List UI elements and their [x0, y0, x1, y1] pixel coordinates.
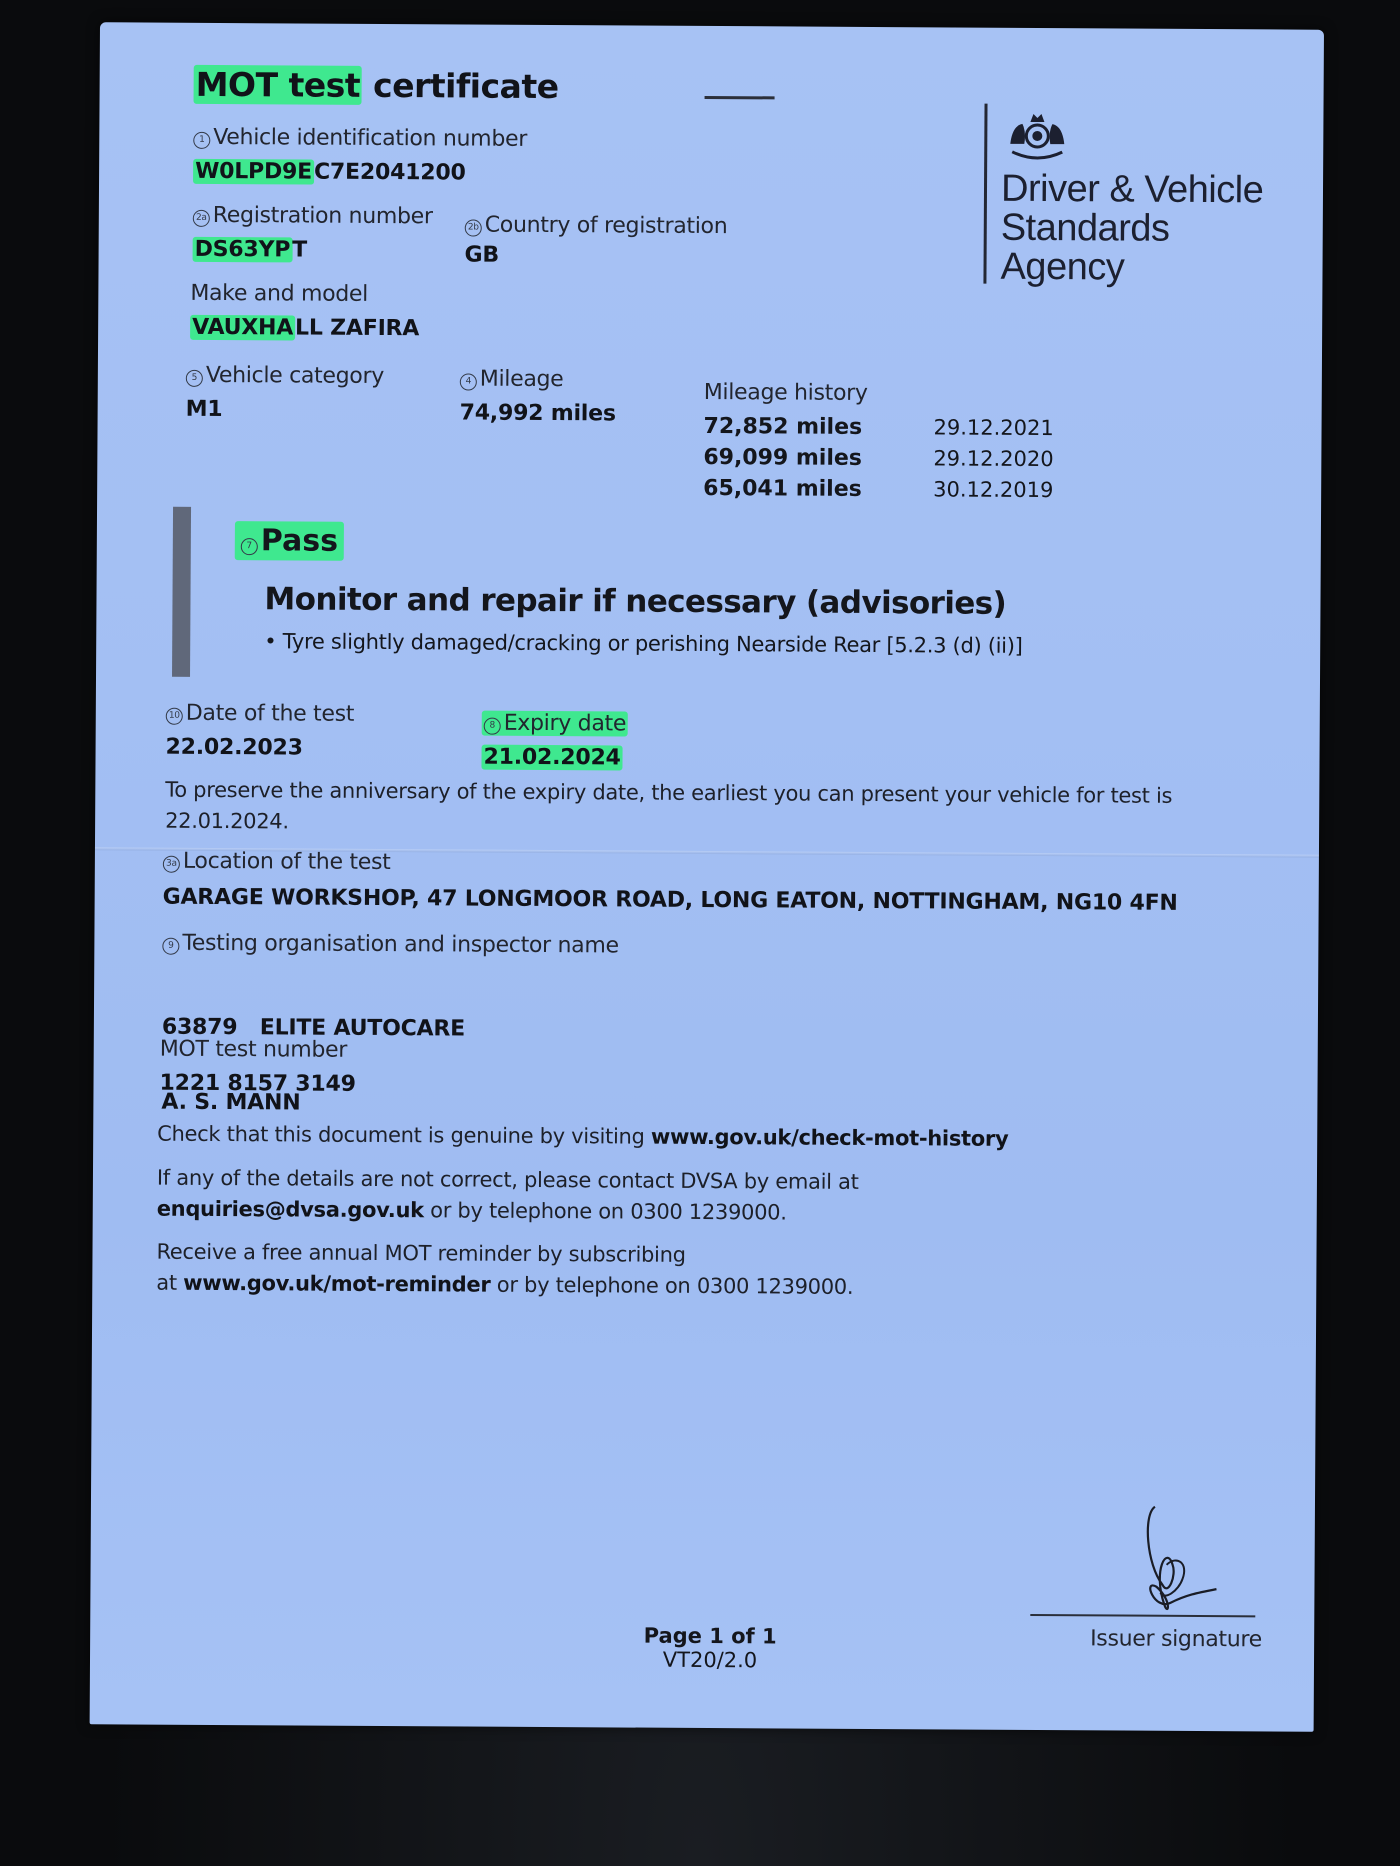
expiry-date-label: 8Expiry date: [482, 711, 629, 737]
contact-text: If any of the details are not correct, p…: [157, 1163, 859, 1229]
title-rest: certificate: [362, 66, 559, 106]
organisation-label: 9Testing organisation and inspector name: [162, 931, 619, 959]
mileage-history-row: 69,099 miles29.12.2020: [703, 445, 1053, 472]
mileage-history-label: Mileage history: [704, 380, 868, 406]
vin-rest: C7E2041200: [314, 160, 466, 186]
mileage-history-list: 72,852 miles29.12.202169,099 miles29.12.…: [703, 408, 1054, 503]
contact-email-link[interactable]: enquiries@dvsa.gov.uk: [157, 1197, 424, 1223]
field-number-icon: 3a: [163, 856, 180, 873]
reminder-text: Receive a free annual MOT reminder by su…: [156, 1237, 853, 1303]
field-number-icon: 9: [162, 938, 179, 955]
mileage-label: 4Mileage: [460, 366, 564, 392]
test-number-value: 1221 8157 3149: [159, 1071, 355, 1097]
field-number-icon: 1: [193, 132, 210, 149]
make-model-label: Make and model: [190, 281, 368, 307]
location-label: 3aLocation of the test: [163, 849, 391, 875]
field-number-icon: 2a: [193, 210, 210, 227]
make-model-highlighted: VAUXHA: [190, 315, 295, 341]
check-genuine-text: Check that this document is genuine by v…: [157, 1119, 1008, 1155]
test-number-label: MOT test number: [160, 1037, 347, 1063]
result-bar: [172, 507, 191, 677]
advisory-item: • Tyre slightly damaged/cracking or peri…: [264, 629, 1022, 658]
royal-coat-of-arms-icon: [1002, 104, 1072, 164]
result-status: 7Pass: [235, 523, 344, 559]
agency-line-3: Agency: [1000, 248, 1263, 289]
mileage-value: 74,992 miles: [460, 400, 616, 426]
mileage-history-row: 65,041 miles30.12.2019: [703, 476, 1053, 503]
field-number-icon: 5: [186, 370, 203, 387]
title-highlighted: MOT test: [194, 65, 363, 105]
agency-line-2: Standards: [1001, 209, 1264, 250]
mileage-history-row: 72,852 miles29.12.2021: [703, 414, 1053, 441]
location-value: GARAGE WORKSHOP, 47 LONGMOOR ROAD, LONG …: [163, 885, 1178, 916]
history-date: 29.12.2020: [933, 446, 1053, 472]
test-date-label: 10Date of the test: [166, 701, 354, 727]
category-value: M1: [186, 397, 223, 422]
check-mot-history-link[interactable]: www.gov.uk/check-mot-history: [651, 1125, 1009, 1151]
history-date: 29.12.2021: [933, 415, 1053, 441]
agency-name: Driver & Vehicle Standards Agency: [1000, 170, 1263, 289]
vin-value: W0LPD9EC7E2041200: [193, 159, 466, 186]
field-number-icon: 8: [484, 718, 501, 735]
country-label: 2bCountry of registration: [465, 212, 728, 239]
history-miles: 65,041 miles: [703, 476, 883, 502]
field-number-icon: 2b: [465, 219, 482, 236]
page-footer: Page 1 of 1 VT20/2.0: [610, 1623, 810, 1672]
advisories-list: • Tyre slightly damaged/cracking or peri…: [264, 629, 1022, 658]
pass-badge: 7Pass: [235, 521, 344, 561]
field-number-icon: 4: [460, 373, 477, 390]
registration-highlighted: DS63YP: [193, 237, 293, 263]
country-value: GB: [465, 242, 500, 267]
anniversary-note: To preserve the anniversary of the expir…: [165, 775, 1245, 844]
history-miles: 72,852 miles: [703, 414, 883, 440]
signature-label: Issuer signature: [1090, 1626, 1262, 1652]
field-number-icon: 10: [166, 708, 183, 725]
agency-line-1: Driver & Vehicle: [1001, 170, 1264, 211]
registration-label: 2aRegistration number: [193, 203, 433, 229]
bullet-icon: •: [264, 629, 283, 653]
advisories-title: Monitor and repair if necessary (advisor…: [264, 581, 1006, 622]
history-miles: 69,099 miles: [703, 445, 883, 471]
dash-mark: [705, 96, 775, 99]
history-date: 30.12.2019: [933, 477, 1053, 503]
field-number-icon: 7: [241, 538, 258, 555]
mot-certificate-paper: MOT test certificate Driver & Vehicle St…: [90, 22, 1324, 1731]
make-model-value: VAUXHALL ZAFIRA: [190, 315, 419, 341]
vin-highlighted: W0LPD9E: [193, 159, 314, 185]
registration-rest: T: [292, 237, 307, 262]
mot-reminder-link[interactable]: www.gov.uk/mot-reminder: [183, 1271, 490, 1297]
registration-value: DS63YPT: [193, 237, 308, 263]
issuer-signature-icon: [1106, 1504, 1247, 1625]
form-code: VT20/2.0: [610, 1647, 810, 1672]
make-model-rest: LL ZAFIRA: [295, 315, 419, 341]
test-date-value: 22.02.2023: [166, 735, 303, 761]
dvsa-divider: [983, 104, 987, 284]
category-label: 5Vehicle category: [186, 363, 384, 389]
vin-label: 1Vehicle identification number: [193, 125, 527, 152]
page-number: Page 1 of 1: [610, 1623, 810, 1648]
certificate-title: MOT test certificate: [194, 65, 559, 106]
expiry-date-value: 21.02.2024: [481, 745, 622, 771]
